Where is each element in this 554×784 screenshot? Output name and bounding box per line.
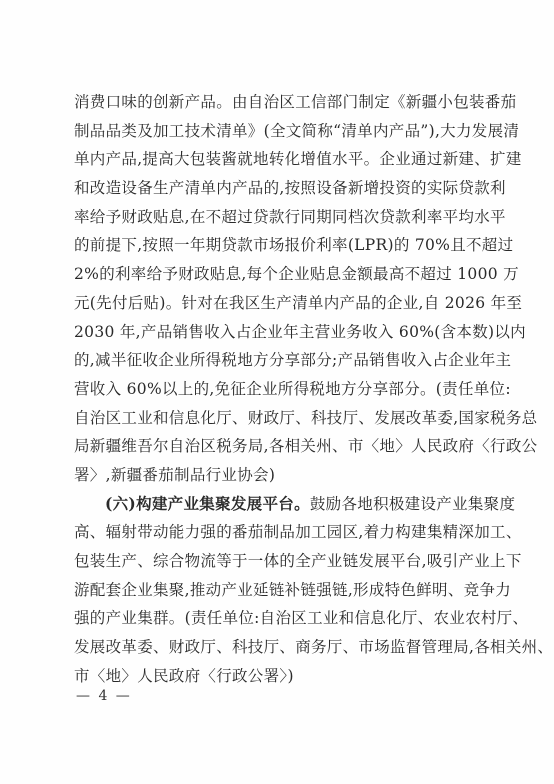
- paragraph-line: 2030 年,产品销售收入占企业年主营业务收入 60%(含本数)以内: [74, 318, 484, 347]
- paragraph-line: 自治区工业和信息化厅、财政厅、科技厅、发展改革委,国家税务总: [74, 404, 484, 433]
- paragraph-line: 营收入 60%以上的,免征企业所得税地方分享部分。(责任单位:: [74, 375, 484, 404]
- paragraph-line: 2%的利率给予财政贴息,每个企业贴息金额最高不超过 1000 万: [74, 260, 484, 289]
- paragraph-line: 元(先付后贴)。针对在我区生产清单内产品的企业,自 2026 年至: [74, 289, 484, 318]
- section-6-text: 鼓励各地积极建设产业集聚度: [310, 495, 515, 513]
- paragraph-line: 率给予财政贴息,在不超过贷款行同期同档次贷款利率平均水平: [74, 203, 484, 232]
- document-page: 消费口味的创新产品。由自治区工信部门制定《新疆小包装番茄 制品品类及加工技术清单…: [0, 0, 554, 784]
- paragraph-line: 的前提下,按照一年期贷款市场报价利率(LPR)的 70%且不超过: [74, 231, 484, 260]
- section-6-heading: (六)构建产业集聚发展平台。: [105, 494, 310, 513]
- paragraph-line: 包装生产、综合物流等于一体的全产业链发展平台,吸引产业上下: [74, 547, 484, 576]
- section-6-first-line: (六)构建产业集聚发展平台。鼓励各地积极建设产业集聚度: [74, 490, 484, 519]
- body-text: 消费口味的创新产品。由自治区工信部门制定《新疆小包装番茄 制品品类及加工技术清单…: [74, 88, 484, 690]
- paragraph-line: 制品品类及加工技术清单》(全文简称“清单内产品”),大力发展清: [74, 117, 484, 146]
- paragraph-line: 高、辐射带动能力强的番茄制品加工园区,着力构建集精深加工、: [74, 518, 484, 547]
- page-number: — 4 —: [76, 688, 132, 704]
- paragraph-line: 强的产业集群。(责任单位:自治区工业和信息化厅、农业农村厅、: [74, 604, 484, 633]
- paragraph-line: 消费口味的创新产品。由自治区工信部门制定《新疆小包装番茄: [74, 88, 484, 117]
- paragraph-line: 的,减半征收企业所得税地方分享部分;产品销售收入占企业年主: [74, 346, 484, 375]
- paragraph-line: 单内产品,提高大包装酱就地转化增值水平。企业通过新建、扩建: [74, 145, 484, 174]
- paragraph-line: 发展改革委、财政厅、科技厅、商务厅、市场监督管理局,各相关州、: [74, 633, 484, 662]
- paragraph-line: 署〉,新疆番茄制品行业协会): [74, 461, 484, 490]
- paragraph-line: 游配套企业集聚,推动产业延链补链强链,形成特色鲜明、竞争力: [74, 576, 484, 605]
- paragraph-line: 和改造设备生产清单内产品的,按照设备新增投资的实际贷款利: [74, 174, 484, 203]
- paragraph-line: 局新疆维吾尔自治区税务局,各相关州、市〈地〉人民政府〈行政公: [74, 432, 484, 461]
- paragraph-line: 市〈地〉人民政府〈行政公署〉): [74, 662, 484, 691]
